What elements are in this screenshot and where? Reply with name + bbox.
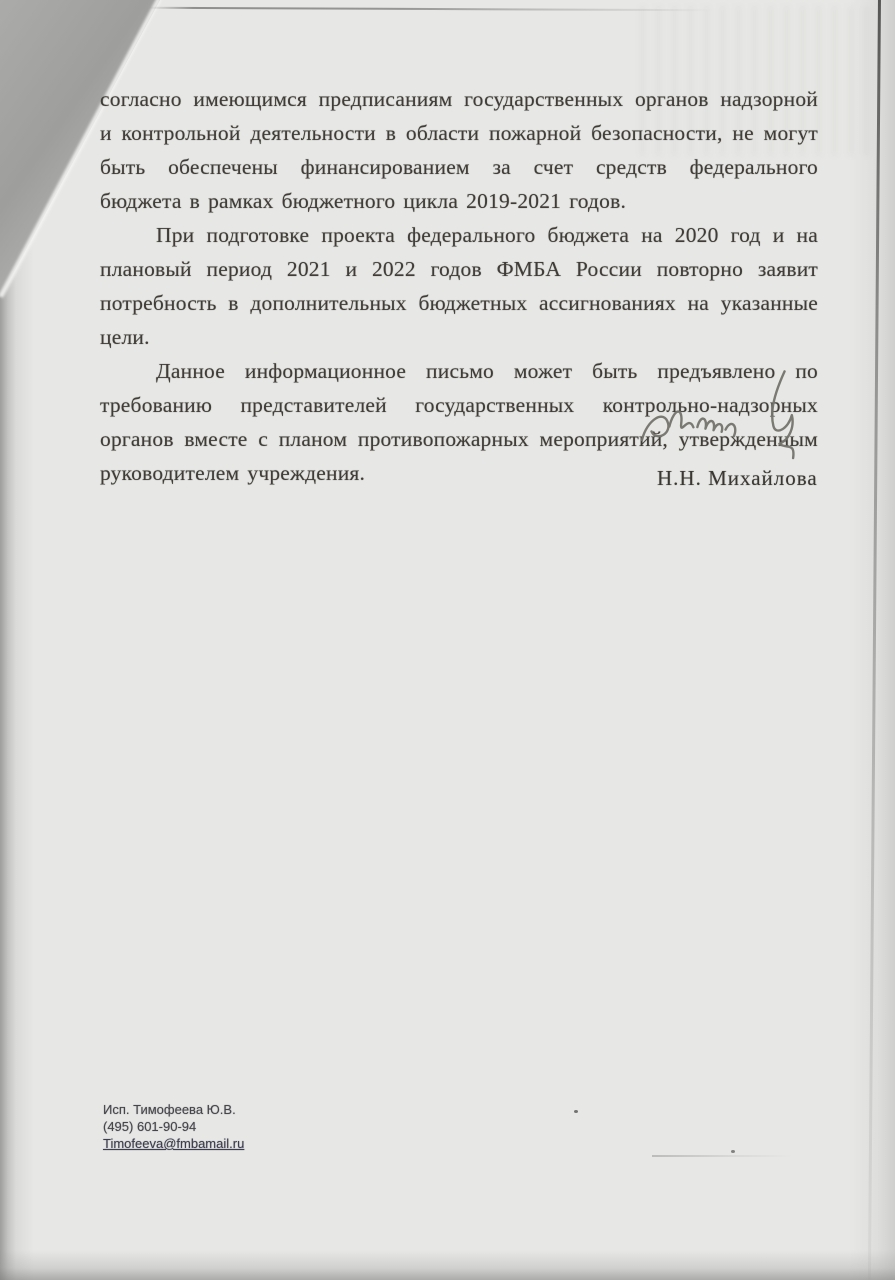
body-paragraph-2: При подготовке проекта федерального бюдж… xyxy=(100,218,818,354)
executor-phone: (495) 601-90-94 xyxy=(103,1118,244,1135)
page-shadow-bottom xyxy=(0,1250,895,1280)
scan-speck xyxy=(731,1150,735,1153)
scan-speck xyxy=(574,1110,578,1113)
scanned-letter-page: согласно имеющимся предписаниям государс… xyxy=(0,0,895,1280)
executor-email: Timofeeva@fmbamail.ru xyxy=(103,1135,244,1152)
body-paragraph-1: согласно имеющимся предписаниям государс… xyxy=(100,82,818,218)
executor-name: Исп. Тимофеева Ю.В. xyxy=(103,1101,244,1118)
executor-block: Исп. Тимофеева Ю.В. (495) 601-90-94 Timo… xyxy=(103,1101,244,1152)
signature-block: Н.Н. Михайлова xyxy=(625,372,835,491)
scan-scratch-line xyxy=(148,7,713,11)
scan-faint-line xyxy=(652,1155,792,1157)
handwritten-signature xyxy=(623,367,813,472)
